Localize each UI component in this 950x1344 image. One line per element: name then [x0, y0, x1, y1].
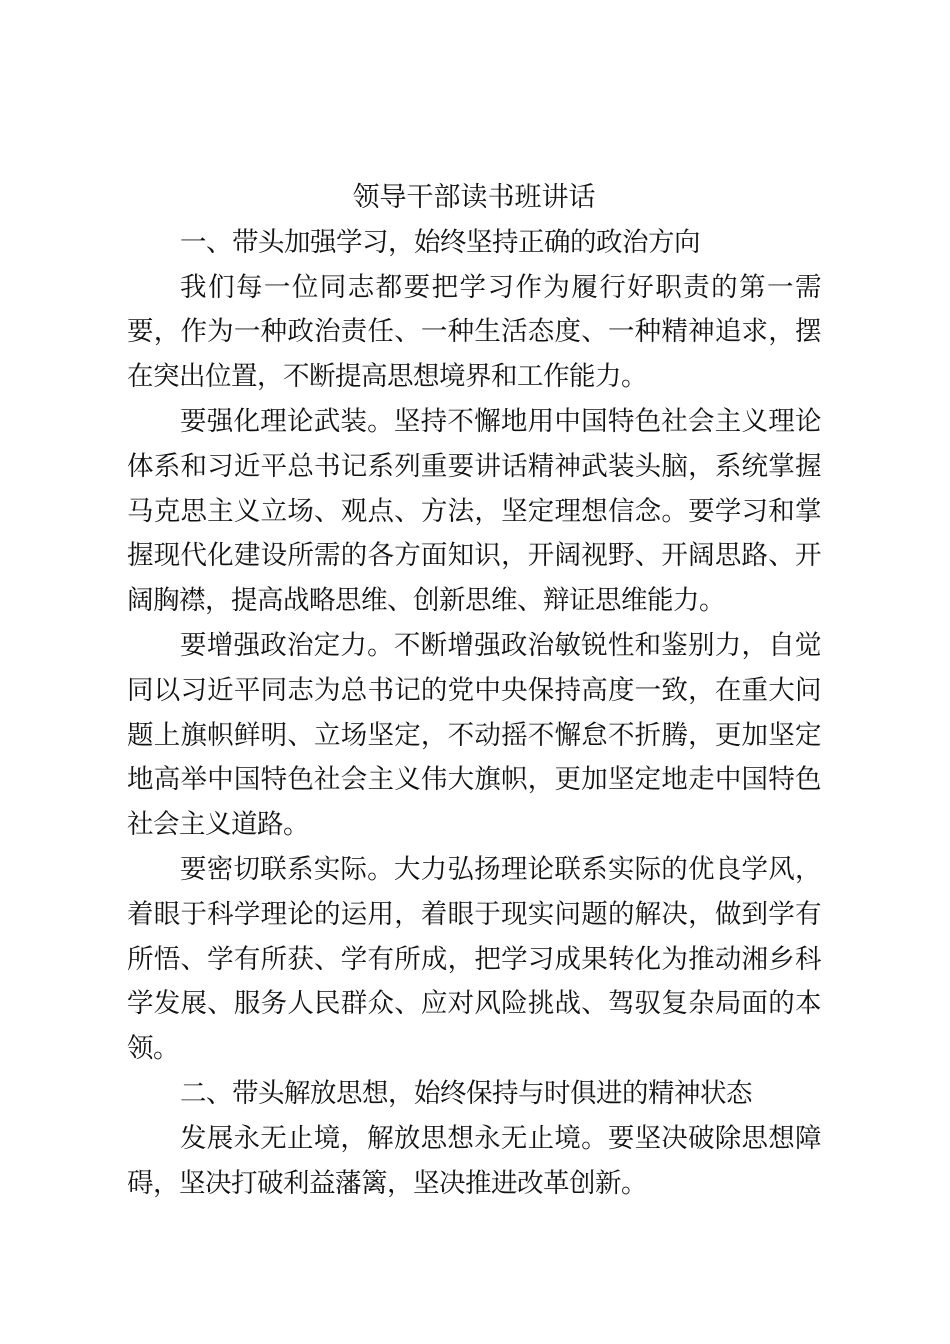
section-heading-1: 一、带头加强学习，始终坚持正确的政治方向	[127, 221, 821, 266]
paragraph-study-priority: 我们每一位同志都要把学习作为履行好职责的第一需要，作为一种政治责任、一种生活态度…	[127, 266, 821, 400]
document-page: 领导干部读书班讲话 一、带头加强学习，始终坚持正确的政治方向 我们每一位同志都要…	[127, 176, 821, 1206]
paragraph-theory-arming: 要强化理论武装。坚持不懈地用中国特色社会主义理论体系和习近平总书记系列重要讲话精…	[127, 400, 821, 624]
paragraph-emancipate-mind: 发展永无止境，解放思想永无止境。要坚决破除思想障碍，坚决打破利益藩篱，坚决推进改…	[127, 1117, 821, 1207]
section-heading-2: 二、带头解放思想，始终保持与时俱进的精神状态	[127, 1072, 821, 1117]
paragraph-political-resolve: 要增强政治定力。不断增强政治敏锐性和鉴别力，自觉同以习近平同志为总书记的党中央保…	[127, 624, 821, 848]
paragraph-practice-link: 要密切联系实际。大力弘扬理论联系实际的优良学风，着眼于科学理论的运用，着眼于现实…	[127, 848, 821, 1072]
document-title: 领导干部读书班讲话	[127, 176, 821, 221]
